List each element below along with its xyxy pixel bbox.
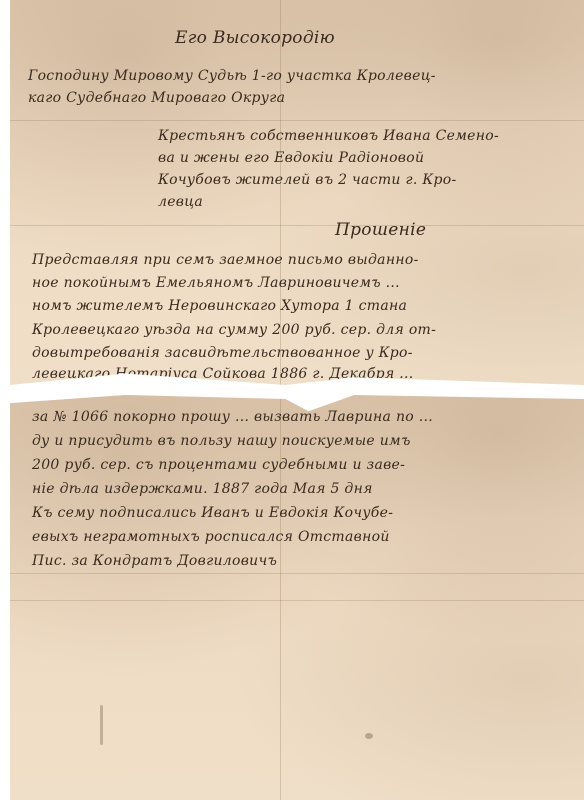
body-line: за № 1066 покорно прошу ... вызвать Лавр… (32, 409, 433, 425)
body-line: Кролевецкаго уѣзда на сумму 200 руб. сер… (32, 322, 436, 338)
petitioner-line: Крестьянъ собственниковъ Ивана Семено- (158, 128, 499, 144)
body-line: номъ жителемъ Неровинскаго Хутора 1 стан… (32, 298, 407, 314)
addressee-line: каго Судебнаго Мироваго Округа (28, 90, 285, 106)
body-line: довытребованія засвидѣтельствованное у К… (32, 345, 413, 361)
ink-mark (100, 705, 103, 745)
body-line: ное покойнымъ Емельяномъ Лавриновичемъ .… (32, 275, 400, 291)
addressee-line: Господину Мировому Судьѣ 1-го участка Кр… (28, 68, 436, 84)
document-lower-fragment: за № 1066 покорно прошу ... вызвать Лавр… (10, 395, 584, 800)
body-line: левецкаго Нотаріуса Сойкова 1886 г. Дека… (32, 366, 414, 382)
ink-stain (365, 733, 373, 739)
signature-line: евыхъ неграмотныхъ росписался Отставной (32, 529, 390, 545)
body-line: ду и присудить въ пользу нашу поискуемые… (32, 433, 411, 449)
body-line: 200 руб. сер. съ процентами судебными и … (32, 457, 405, 473)
document-title: Его Высокородію (175, 28, 335, 48)
body-line: ніе дѣла издержками. 1887 года Мая 5 дня (32, 481, 373, 497)
paper-crease (10, 573, 584, 574)
petition-heading: Прошеніе (335, 220, 426, 240)
signature-line: Къ сему подписались Иванъ и Евдокія Кочу… (32, 505, 393, 521)
paper-crease (10, 225, 584, 226)
paper-crease (280, 395, 281, 800)
signature-line: Пис. за Кондратъ Довгиловичъ (32, 553, 277, 569)
petitioner-line: Кочубовъ жителей въ 2 части г. Кро- (158, 172, 457, 188)
petitioner-line: ва и жены его Евдокіи Радіоновой (158, 150, 424, 166)
body-line: Представляя при семъ заемное письмо выда… (32, 252, 419, 268)
paper-crease (10, 120, 584, 121)
petitioner-line: левца (158, 194, 203, 210)
paper-crease (10, 600, 584, 601)
document-upper-fragment: Его Высокородію Господину Мировому Судьѣ… (10, 0, 584, 385)
